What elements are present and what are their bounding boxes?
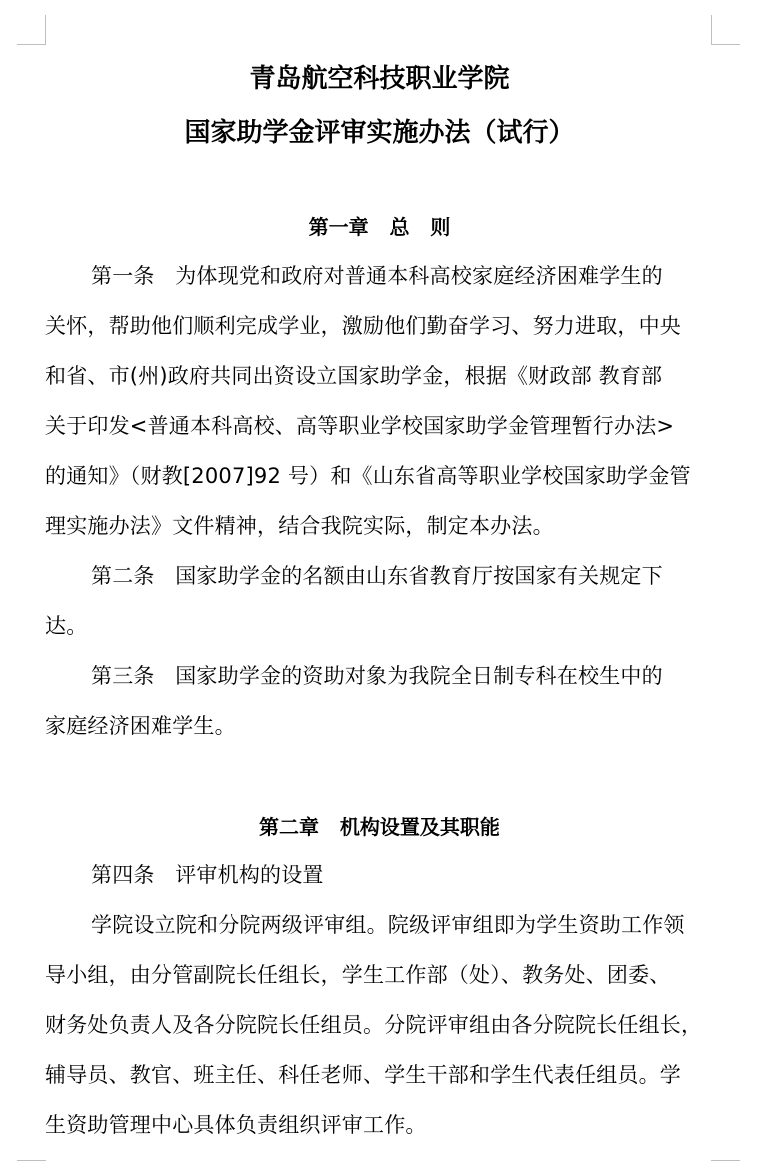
article-1-line-1: 第一条 为体现党和政府对普通本科高校家庭经济困难学生的 <box>91 260 663 290</box>
article-4-title: 第四条 评审机构的设置 <box>91 859 324 889</box>
article-1-line-3: 和省、市(州)政府共同出资设立国家助学金，根据《财政部 教育部 <box>45 360 662 390</box>
article-4-line-3: 财务处负责人及各分院院长任组员。分院评审组由各分院院长任组长， <box>45 1009 702 1039</box>
article-1-line-4: 关于印发<普通本科高校、高等职业学校国家助学金管理暂行办法> <box>45 410 674 440</box>
article-4-line-5: 生资助管理中心具体负责组织评审工作。 <box>45 1109 427 1139</box>
chapter-1-heading: 第一章 总 则 <box>0 211 759 240</box>
chapter-2-heading: 第二章 机构设置及其职能 <box>0 811 759 840</box>
corner-mark-top-left-v <box>45 15 46 45</box>
document-title-line1: 青岛航空科技职业学院 <box>0 58 759 95</box>
article-3-line-2: 家庭经济困难学生。 <box>45 710 236 740</box>
article-1-line-6: 理实施办法》文件精神，结合我院实际，制定本办法。 <box>45 510 554 540</box>
article-4-line-2: 导小组，由分管副院长任组长，学生工作部（处）、教务处、团委、 <box>45 959 671 989</box>
article-4-line-1: 学院设立院和分院两级评审组。院级评审组即为学生资助工作领 <box>91 909 685 939</box>
corner-mark-top-right-h <box>711 44 740 45</box>
article-3-line-1: 第三条 国家助学金的资助对象为我院全日制专科在校生中的 <box>91 660 663 690</box>
document-title-line2: 国家助学金评审实施办法（试行） <box>0 112 759 149</box>
article-1-line-5: 的通知》（财教[2007]92 号）和《山东省高等职业学校国家助学金管 <box>45 460 691 490</box>
article-2-line-1: 第二条 国家助学金的名额由山东省教育厅按国家有关规定下 <box>91 560 663 590</box>
corner-mark-top-left-h <box>17 44 46 45</box>
article-4-line-4: 辅导员、教官、班主任、科任老师、学生干部和学生代表任组员。学 <box>45 1059 681 1089</box>
corner-mark-top-right-v <box>711 15 712 45</box>
article-1-line-2: 关怀，帮助他们顺利完成学业，激励他们勤奋学习、努力进取，中央 <box>45 310 681 340</box>
article-2-line-2: 达。 <box>45 610 87 640</box>
